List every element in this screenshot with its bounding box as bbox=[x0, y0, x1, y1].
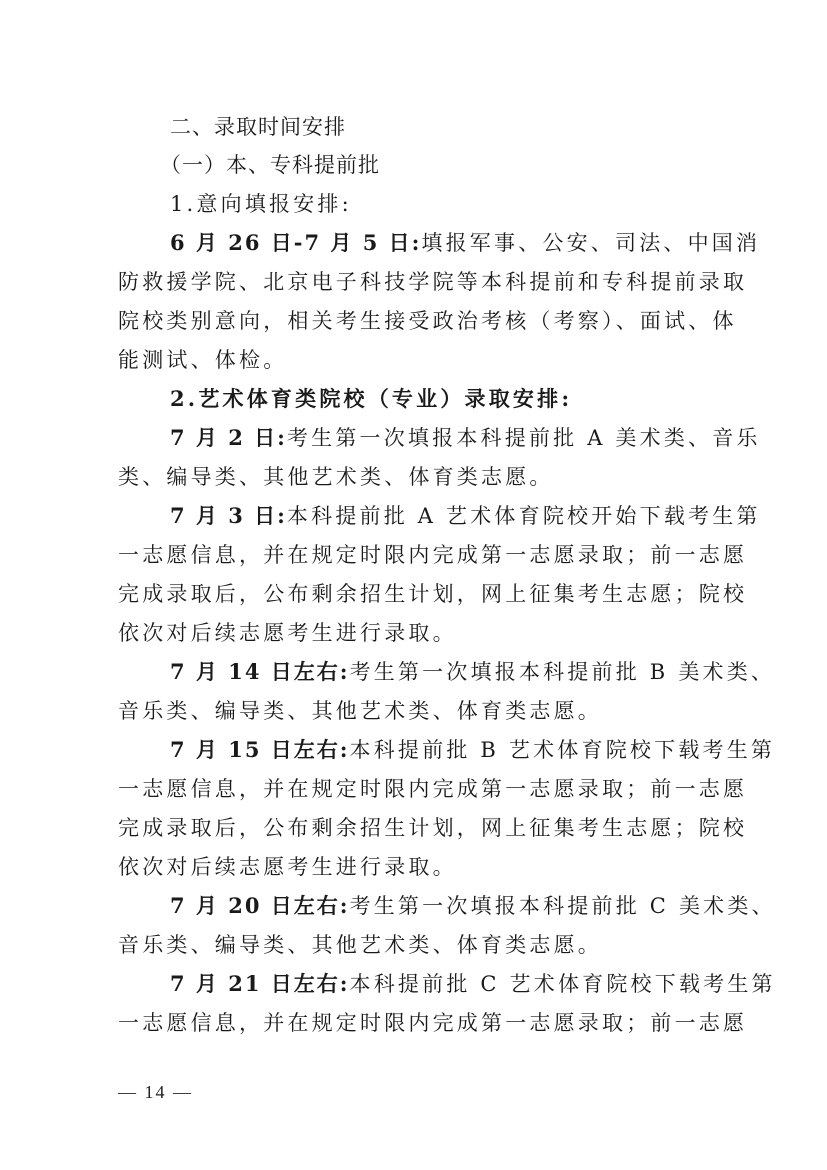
paragraph-line: 7 月 21 日左右:本科提前批 C 艺术体育院校下载考生第 bbox=[170, 970, 708, 998]
paragraph-line: 音乐类、编导类、其他艺术类、体育类志愿。 bbox=[118, 931, 708, 959]
date-lead: 7 月 14 日左右: bbox=[170, 659, 350, 684]
date-lead: 7 月 21 日左右: bbox=[170, 971, 350, 996]
paragraph-line: 7 月 15 日左右:本科提前批 B 艺术体育院校下载考生第 bbox=[170, 736, 708, 764]
paragraph-line: 依次对后续志愿考生进行录取。 bbox=[118, 619, 708, 647]
date-lead: 7 月 20 日左右: bbox=[170, 893, 350, 918]
paragraph-line: 音乐类、编导类、其他艺术类、体育类志愿。 bbox=[118, 697, 708, 725]
paragraph-line: 类、编导类、其他艺术类、体育类志愿。 bbox=[118, 463, 708, 491]
date-lead: 7 月 3 日: bbox=[170, 503, 287, 528]
date-lead: 7 月 15 日左右: bbox=[170, 737, 350, 762]
item1-heading: 1.意向填报安排: bbox=[170, 190, 708, 218]
paragraph-line: 完成录取后，公布剩余招生计划，网上征集考生志愿；院校 bbox=[118, 814, 708, 842]
section-title: 二、录取时间安排 bbox=[170, 113, 708, 141]
paragraph-line: 一志愿信息，并在规定时限内完成第一志愿录取；前一志愿 bbox=[118, 541, 708, 569]
paragraph-line: 一志愿信息，并在规定时限内完成第一志愿录取；前一志愿 bbox=[118, 1009, 708, 1037]
subsection-title: （一）本、专科提前批 bbox=[160, 151, 698, 179]
document-page: 二、录取时间安排 （一）本、专科提前批 1.意向填报安排: 6 月 26 日-7… bbox=[0, 0, 827, 1170]
paragraph-line: 7 月 2 日:考生第一次填报本科提前批 A 美术类、音乐 bbox=[170, 424, 708, 452]
date-lead: 7 月 2 日: bbox=[170, 425, 287, 450]
paragraph-line: 依次对后续志愿考生进行录取。 bbox=[118, 853, 708, 881]
paragraph-line: 院校类别意向，相关考生接受政治考核（考察）、面试、体 bbox=[118, 307, 708, 335]
paragraph-line: 完成录取后，公布剩余招生计划，网上征集考生志愿；院校 bbox=[118, 580, 708, 608]
date-lead: 6 月 26 日-7 月 5 日: bbox=[170, 230, 421, 255]
page-number: — 14 — bbox=[118, 1082, 193, 1103]
paragraph-line: 防救援学院、北京电子科技学院等本科提前和专科提前录取 bbox=[118, 268, 708, 296]
paragraph-line: 7 月 20 日左右:考生第一次填报本科提前批 C 美术类、 bbox=[170, 892, 708, 920]
item2-heading: 2.艺术体育类院校（专业）录取安排: bbox=[170, 385, 708, 413]
paragraph-line: 7 月 14 日左右:考生第一次填报本科提前批 B 美术类、 bbox=[170, 658, 708, 686]
paragraph-line: 7 月 3 日:本科提前批 A 艺术体育院校开始下载考生第 bbox=[170, 502, 708, 530]
paragraph-line: 能测试、体检。 bbox=[118, 346, 708, 374]
paragraph-line: 一志愿信息，并在规定时限内完成第一志愿录取；前一志愿 bbox=[118, 775, 708, 803]
paragraph-line: 6 月 26 日-7 月 5 日:填报军事、公安、司法、中国消 bbox=[170, 229, 708, 257]
